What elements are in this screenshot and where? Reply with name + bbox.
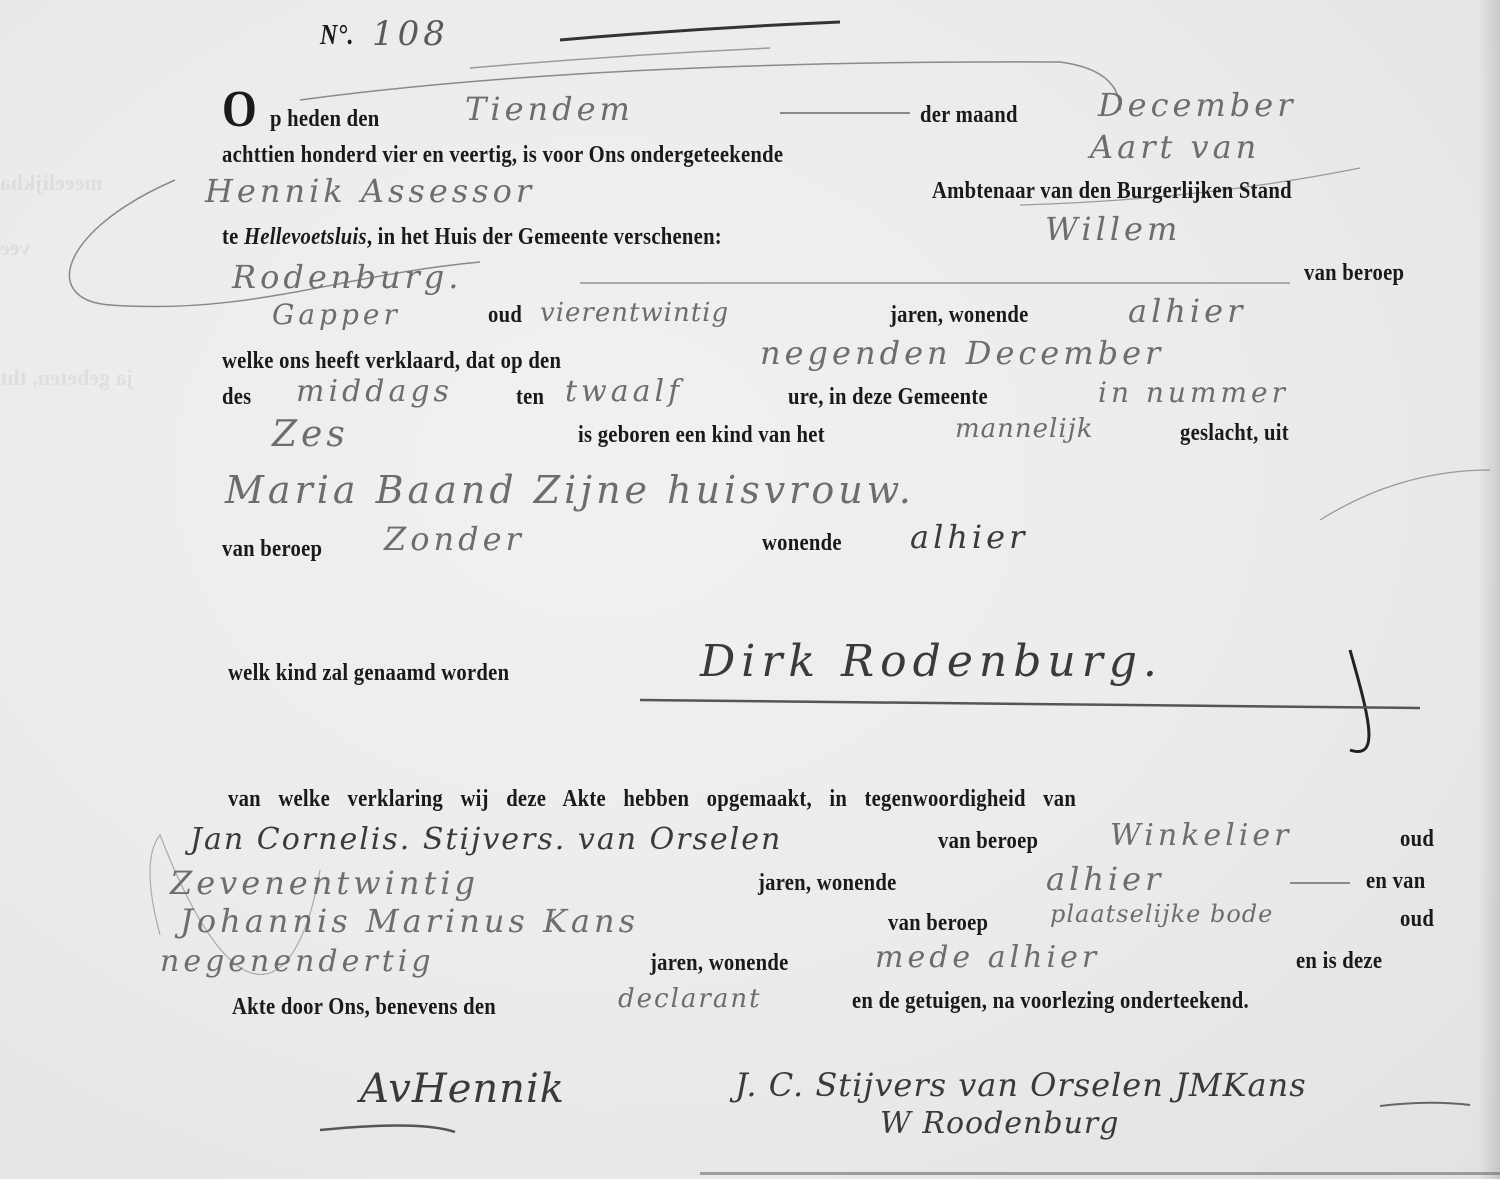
handwritten-house-number: Zes [272, 414, 349, 455]
printed-text: en de getuigen, na voorlezing onderteeke… [852, 988, 1249, 1015]
handwritten-birth-date: negenden December [760, 334, 1164, 372]
handwritten-witness1-residence: alhier [1046, 860, 1164, 898]
printed-text: te Hellevoetsluis, in het Huis der Gemee… [222, 224, 722, 251]
handwritten-day: Tiendem [465, 90, 634, 128]
drop-cap-o: O [222, 80, 257, 139]
printed-text: der maand [920, 102, 1018, 129]
handwritten-father-first-name: Willem [1045, 210, 1181, 248]
handwritten-official-title: Hennik Assessor [205, 172, 535, 210]
printed-text: van welke verklaring wij deze Akte hebbe… [228, 786, 1076, 813]
handwritten-official-name: Aart van [1090, 128, 1260, 166]
printed-text: van beroep [222, 536, 322, 563]
printed-text: en is deze [1296, 948, 1382, 975]
handwritten-mother-name: Maria Baand Zijne huisvrouw. [225, 468, 915, 512]
page-edge-shadow [1478, 0, 1500, 1179]
civil-registry-birth-record-page: meeelijkha vee ja gebeten, tht N°. 108 O… [0, 0, 1500, 1179]
printed-text: geslacht, uit [1180, 420, 1289, 447]
handwritten-witness2-residence: mede alhier [875, 940, 1100, 975]
signature-witnesses: J. C. Stijvers van Orselen JMKans [735, 1066, 1307, 1104]
printed-text: van beroep [1304, 260, 1404, 287]
handwritten-declarant: declarant [618, 984, 762, 1014]
handwritten-father-surname: Rodenburg. [232, 258, 462, 296]
signature-declarant: W Roodenburg [880, 1106, 1119, 1141]
record-number-label: N°. [320, 20, 354, 52]
fill-line [780, 112, 910, 114]
printed-text: ure, in deze Gemeente [788, 384, 988, 411]
printed-text: van beroep [888, 910, 988, 937]
printed-text: jaren, wonende [758, 870, 897, 897]
handwritten-witness1-occupation: Winkelier [1110, 818, 1292, 853]
handwritten-mother-residence: alhier [910, 518, 1028, 556]
handwritten-child-sex: mannelijk [955, 414, 1093, 444]
printed-text: en van [1366, 868, 1425, 895]
printed-text: van beroep [938, 828, 1038, 855]
printed-text: p heden den [270, 106, 380, 133]
printed-text: jaren, wonende [650, 950, 789, 977]
printed-text: achttien honderd vier en veertig, is voo… [222, 142, 783, 169]
handwritten-birth-location: in nummer [1098, 376, 1289, 409]
handwritten-witness1-age: Zevenentwintig [170, 864, 479, 902]
handwritten-father-residence: alhier [1128, 292, 1246, 330]
printed-text: des [222, 384, 251, 411]
page-bottom-edge [700, 1172, 1500, 1175]
handwritten-time-of-day: middags [296, 374, 453, 409]
fill-line [1290, 882, 1350, 884]
printed-text: oud [1400, 906, 1434, 933]
fill-line [580, 282, 1290, 284]
handwritten-witness2-name: Johannis Marinus Kans [180, 902, 639, 940]
signature-official: AvHennik [360, 1066, 565, 1112]
printed-text: Akte door Ons, benevens den [232, 994, 496, 1021]
printed-text: jaren, wonende [890, 302, 1029, 329]
printed-text: welke ons heeft verklaard, dat op den [222, 348, 561, 375]
printed-text: oud [1400, 826, 1434, 853]
handwritten-witness1-name: Jan Cornelis. Stijvers. van Orselen [190, 822, 782, 857]
printed-text: Ambtenaar van den Burgerlijken Stand [932, 178, 1292, 205]
handwritten-child-name: Dirk Rodenburg. [700, 636, 1163, 687]
handwritten-witness2-occupation: plaatselijke bode [1050, 900, 1273, 928]
handwritten-mother-occupation: Zonder [384, 520, 525, 558]
handwritten-month: December [1098, 86, 1297, 124]
printed-text: welk kind zal genaamd worden [228, 660, 509, 687]
record-number-value: 108 [372, 14, 449, 54]
handwritten-father-age: vierentwintig [540, 298, 729, 328]
handwritten-father-occupation: Gapper [272, 298, 401, 331]
printed-text: wonende [762, 530, 842, 557]
printed-text: ten [516, 384, 544, 411]
handwritten-hour: twaalf [565, 374, 683, 409]
printed-text: oud [488, 302, 522, 329]
handwritten-witness2-age: negenendertig [160, 944, 435, 979]
printed-text: is geboren een kind van het [578, 422, 825, 449]
